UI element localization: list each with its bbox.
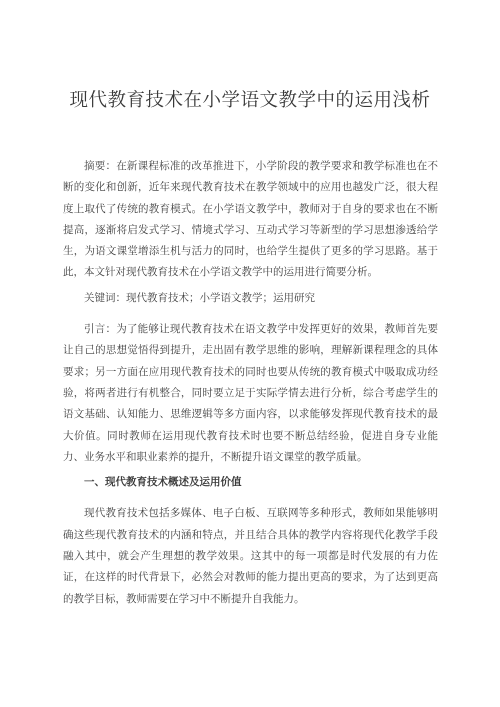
abstract-paragraph: 摘要：在新课程标准的改革推进下，小学阶段的教学要求和教学标准也在不断的变化和创新… xyxy=(63,156,438,284)
introduction-paragraph: 引言：为了能够让现代教育技术在语文教学中发挥更好的效果，教师首先要让自己的思想觉… xyxy=(63,319,438,468)
document-page: 现代教育技术在小学语文教学中的运用浅析 摘要：在新课程标准的改革推进下，小学阶段… xyxy=(0,0,500,707)
page-title: 现代教育技术在小学语文教学中的运用浅析 xyxy=(0,88,500,114)
keywords-text: 现代教育技术；小学语文教学；运用研究 xyxy=(126,293,315,304)
keywords-line: 关键词：现代教育技术；小学语文教学；运用研究 xyxy=(63,288,438,309)
section-1-paragraph: 现代教育技术包括多媒体、电子白板、互联网等多种形式，教师如果能够明确这些现代教育… xyxy=(63,503,438,609)
introduction-label: 引言： xyxy=(84,324,116,335)
introduction-text: 为了能够让现代教育技术在语文教学中发挥更好的效果，教师首先要让自己的思想觉悟得到… xyxy=(63,324,438,463)
keywords-label: 关键词： xyxy=(84,293,126,304)
abstract-text: 在新课程标准的改革推进下，小学阶段的教学要求和教学标准也在不断的变化和创新，近年… xyxy=(63,161,438,278)
abstract-label: 摘要： xyxy=(84,161,116,172)
document-body: 摘要：在新课程标准的改革推进下，小学阶段的教学要求和教学标准也在不断的变化和创新… xyxy=(63,156,438,610)
section-heading-1: 一、现代教育技术概述及运用价值 xyxy=(63,472,438,493)
